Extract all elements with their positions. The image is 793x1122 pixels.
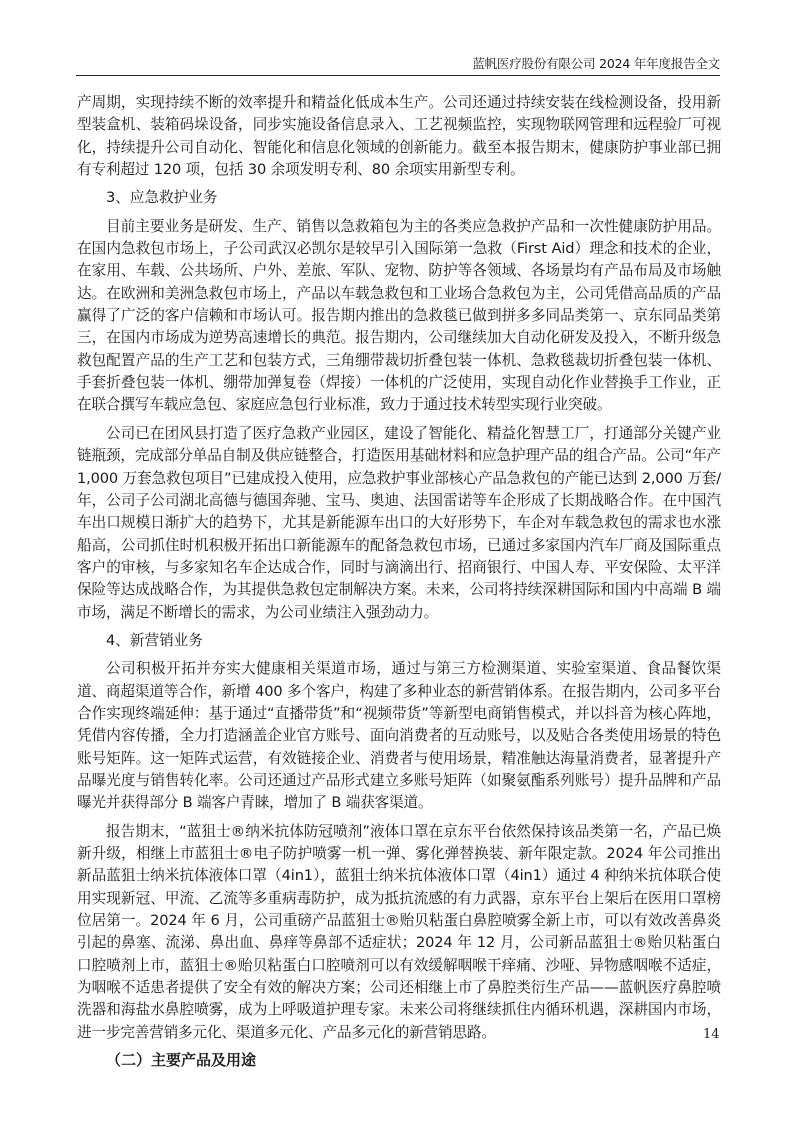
page-header: 蓝帆医疗股份有限公司 2024 年年度报告全文 — [76, 54, 720, 76]
page-number: 14 — [703, 1027, 720, 1042]
paragraph-new-marketing-channels: 公司积极开拓并夯实大健康相关渠道市场，通过与第三方检测渠道、实验室渠道、食品餐饮… — [77, 658, 721, 814]
section-heading-new-marketing: 4、新营销业务 — [106, 630, 721, 652]
page-body: 产周期，实现持续不断的效率提升和精益化低成本生产。公司还通过持续安装在线检测设备… — [77, 92, 721, 1072]
report-title: 蓝帆医疗股份有限公司 2024 年年度报告全文 — [472, 54, 720, 72]
paragraph-new-marketing-products: 报告期末，“蓝狙士®纳米抗体防冠喷剂”液体口罩在京东平台依然保持该品类第一名，产… — [77, 821, 721, 1044]
paragraph-emergency-main-business: 目前主要业务是研发、生产、销售以急救箱包为主的各类应急救护产品和一次性健康防护用… — [77, 216, 721, 417]
section-heading-emergency-rescue: 3、应急救护业务 — [106, 187, 721, 209]
paragraph-continuation: 产周期，实现持续不断的效率提升和精益化低成本生产。公司还通过持续安装在线检测设备… — [77, 92, 721, 181]
paragraph-emergency-industrial-park: 公司已在团风县打造了医疗急救产业园区，建设了智能化、精益化智慧工厂，打通部分关键… — [77, 423, 721, 624]
chapter-heading-main-products: （二）主要产品及用途 — [106, 1048, 721, 1072]
